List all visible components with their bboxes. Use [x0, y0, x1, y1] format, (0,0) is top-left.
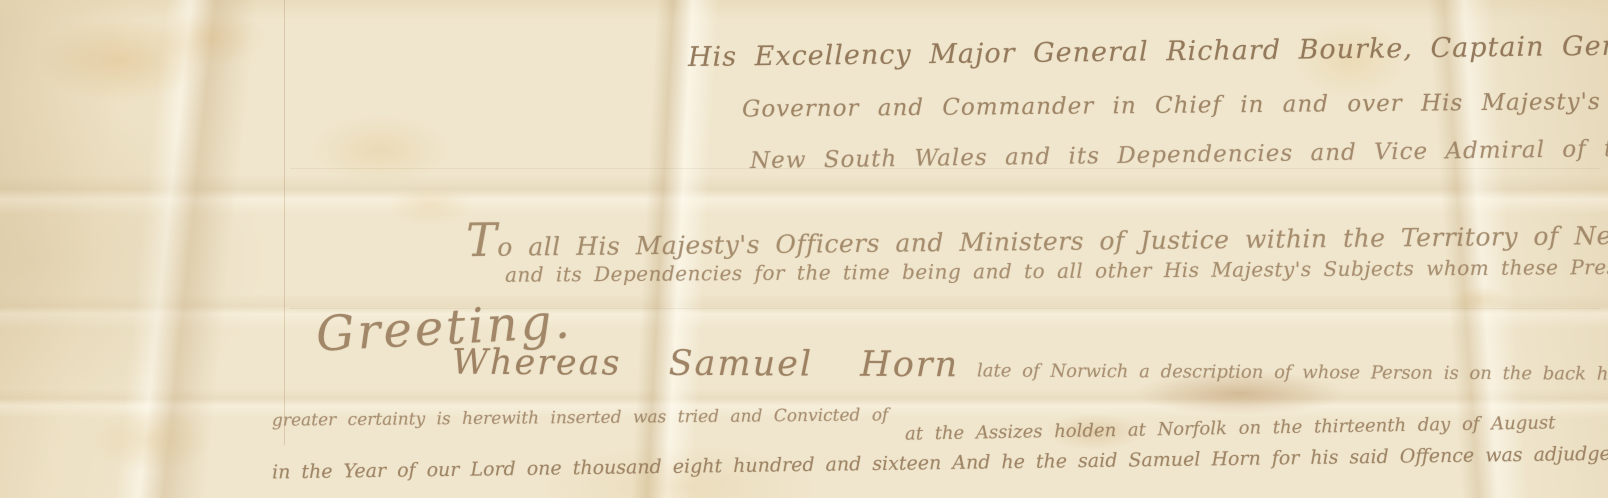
body-whereas-line: Whereas Samuel Horn late of Norwich a de… — [452, 343, 1608, 390]
whereas-emphasis-text: Whereas Samuel Horn — [452, 343, 959, 386]
whereas-continuation-text: late of Norwich a description of whose P… — [977, 360, 1608, 385]
manuscript-photo: His Excellency Major General Richard Bou… — [0, 0, 1608, 498]
margin-rule-line — [284, 0, 285, 445]
